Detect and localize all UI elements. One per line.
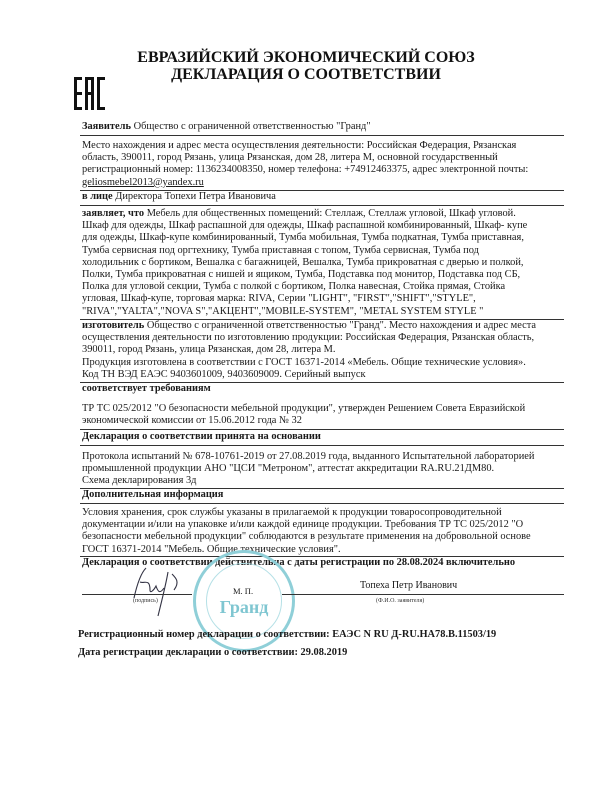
representative-row: в лице Директора Топехи Петра Ивановича: [82, 191, 562, 203]
divider: [80, 429, 564, 430]
conforms-label-row: соответствует требованиям: [82, 383, 562, 395]
basis-label-row: Декларация о соответствии принята на осн…: [82, 431, 562, 443]
union-title: ЕВРАЗИЙСКИЙ ЭКОНОМИЧЕСКИЙ СОЮЗ: [0, 49, 612, 67]
additional-line: ГОСТ 16371-2014 "Мебель. Общие техническ…: [82, 544, 562, 556]
email-link[interactable]: geliosmebel2013@yandex.ru: [82, 177, 562, 189]
registration-date: Дата регистрации декларации о соответств…: [78, 647, 347, 658]
address-line: регистрационный номер: 1136234008350, но…: [82, 164, 562, 176]
declares-line: холодильник с бортиком, Вешалка с багажн…: [82, 257, 562, 269]
applicant-value: Общество с ограниченной ответственностью…: [134, 121, 371, 132]
additional-block: Условия хранения, срок службы указаны в …: [82, 507, 562, 556]
conforms-line: ТР ТС 025/2012 "О безопасности мебельной…: [82, 403, 562, 415]
address-block: Место нахождения и адрес места осуществл…: [82, 140, 562, 189]
basis-line: промышленной продукции АНО "ЦСИ "Метроно…: [82, 463, 562, 475]
manufacturer-line: осуществления деятельности по изготовлен…: [82, 332, 562, 344]
applicant-row: Заявитель Общество с ограниченной ответс…: [82, 121, 562, 133]
additional-label-row: Дополнительная информация: [82, 489, 562, 501]
divider: [80, 135, 564, 136]
conforms-label: соответствует требованиям: [82, 383, 211, 394]
conforms-block: ТР ТС 025/2012 "О безопасности мебельной…: [82, 403, 562, 427]
declares-line: "RIVA","YALTA","NOVA S","АКЦЕНТ","MOBILE…: [82, 306, 562, 318]
declares-label: заявляет, что: [82, 208, 144, 219]
divider: [80, 205, 564, 206]
stamp-brand: Гранд: [196, 597, 292, 618]
stamp-label: М. П.: [233, 586, 253, 596]
declares-line: Шкаф для одежды, Шкаф распашной для одеж…: [82, 220, 562, 232]
conforms-line: экономической комиссии от 15.06.2012 год…: [82, 415, 562, 427]
signature-caption: (подпись): [133, 598, 158, 604]
signer-name: Топеха Петр Иванович: [360, 580, 457, 591]
basis-line: Протокола испытаний № 678-10761-2019 от …: [82, 451, 562, 463]
additional-line: безопасности мебельной продукции" соблюд…: [82, 531, 562, 543]
manufacturer-label: изготовитель: [82, 320, 144, 331]
address-line: область, 390011, город Рязань, улица Ряз…: [82, 152, 562, 164]
basis-line: Схема декларирования 3д: [82, 475, 562, 487]
manufacturer-line: Код ТН ВЭД ЕАЭС 9403601009, 9403609009. …: [82, 369, 562, 381]
basis-label: Декларация о соответствии принята на осн…: [82, 431, 321, 442]
declares-block: заявляет, что Мебель для общественных по…: [82, 208, 562, 318]
registration-number: Регистрационный номер декларации о соотв…: [78, 629, 496, 640]
representative-value: Директора Топехи Петра Ивановича: [115, 191, 276, 202]
declares-line: угловая, Шкаф-купе, торговая марка: RIVA…: [82, 293, 562, 305]
declares-line: для одежды, Шкаф-купе комбинированный, Т…: [82, 232, 562, 244]
divider: [80, 445, 564, 446]
eac-logo-icon: [74, 77, 106, 110]
additional-line: Условия хранения, срок службы указаны в …: [82, 507, 562, 519]
manufacturer-block: изготовитель Общество с ограниченной отв…: [82, 320, 562, 381]
declares-line: Тумба сервисная под оргтехнику, Тумба пр…: [82, 245, 562, 257]
declares-line: Полка для угловой секции, Тумба с полкой…: [82, 281, 562, 293]
divider: [80, 503, 564, 504]
manufacturer-line: 390011, город Рязань, улица Рязанская, д…: [82, 344, 562, 356]
additional-label: Дополнительная информация: [82, 489, 223, 500]
signature-line: [82, 594, 192, 595]
declares-line: Полки, Тумба прикроватная с нишей и ящик…: [82, 269, 562, 281]
additional-line: документации и/или на упаковке и/или каж…: [82, 519, 562, 531]
name-line: [282, 594, 564, 595]
address-line: Место нахождения и адрес места осуществл…: [82, 140, 562, 152]
signer-caption: (Ф.И.О. заявителя): [376, 598, 424, 604]
basis-block: Протокола испытаний № 678-10761-2019 от …: [82, 451, 562, 488]
applicant-label: Заявитель: [82, 121, 131, 132]
manufacturer-line: Продукция изготовлена в соответствии с Г…: [82, 357, 562, 369]
representative-label: в лице: [82, 191, 113, 202]
declares-line: Мебель для общественных помещений: Стелл…: [147, 208, 516, 219]
signature-icon: [120, 560, 210, 620]
manufacturer-line: Общество с ограниченной ответственностью…: [147, 320, 536, 331]
